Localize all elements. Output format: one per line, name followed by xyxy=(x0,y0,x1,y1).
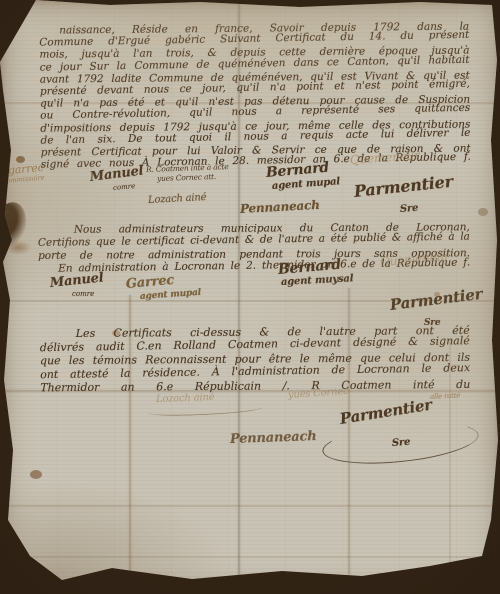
document-content: naissance, Réside en france, Savoir depu… xyxy=(0,0,500,594)
note-cornec: yues Cornec att. xyxy=(157,172,216,183)
spot-stain xyxy=(30,470,42,479)
manuscript-line: Thermidor an 6.e Républicain /. R Coatme… xyxy=(40,378,470,395)
signature-parmentier: Parmentier xyxy=(339,396,434,428)
signature-bernard-title: agent muysal xyxy=(281,273,354,288)
signature-pennaneach: Pennaneach xyxy=(240,198,320,216)
signature-parmentier-title: Sre xyxy=(392,437,411,449)
signature-lozach: Lozach ainé xyxy=(156,392,215,405)
photo-background: naissance, Réside en france, Savoir depu… xyxy=(0,0,500,594)
paragraph-municipal-attestation: Nous administrateurs municipaux du Canto… xyxy=(38,220,470,276)
tear-stain xyxy=(0,199,31,253)
fold-crease-horizontal xyxy=(0,556,500,558)
document-paper: naissance, Réside en france, Savoir depu… xyxy=(0,0,500,594)
flourish-mark xyxy=(148,406,263,417)
fold-crease-horizontal xyxy=(0,505,500,507)
signature-pennaneach: Pennaneach xyxy=(230,429,317,447)
paragraph-certificate-delivery: Les Certificats ci-dessus & de l'autre p… xyxy=(40,323,471,395)
signature-parmentier: Parmentier xyxy=(353,172,454,201)
signature-manuel-title: comre xyxy=(113,182,136,192)
signature-parmentier: Parmentier xyxy=(389,285,483,314)
signature-parmentier-title: Sre xyxy=(400,203,419,215)
signature-manuel-title: comre xyxy=(72,290,94,298)
ink-smear xyxy=(4,240,32,255)
signature-lozach: Lozach ainé xyxy=(148,192,207,206)
spot-stain xyxy=(478,208,488,216)
marginal-note: alle ratté xyxy=(430,391,461,401)
